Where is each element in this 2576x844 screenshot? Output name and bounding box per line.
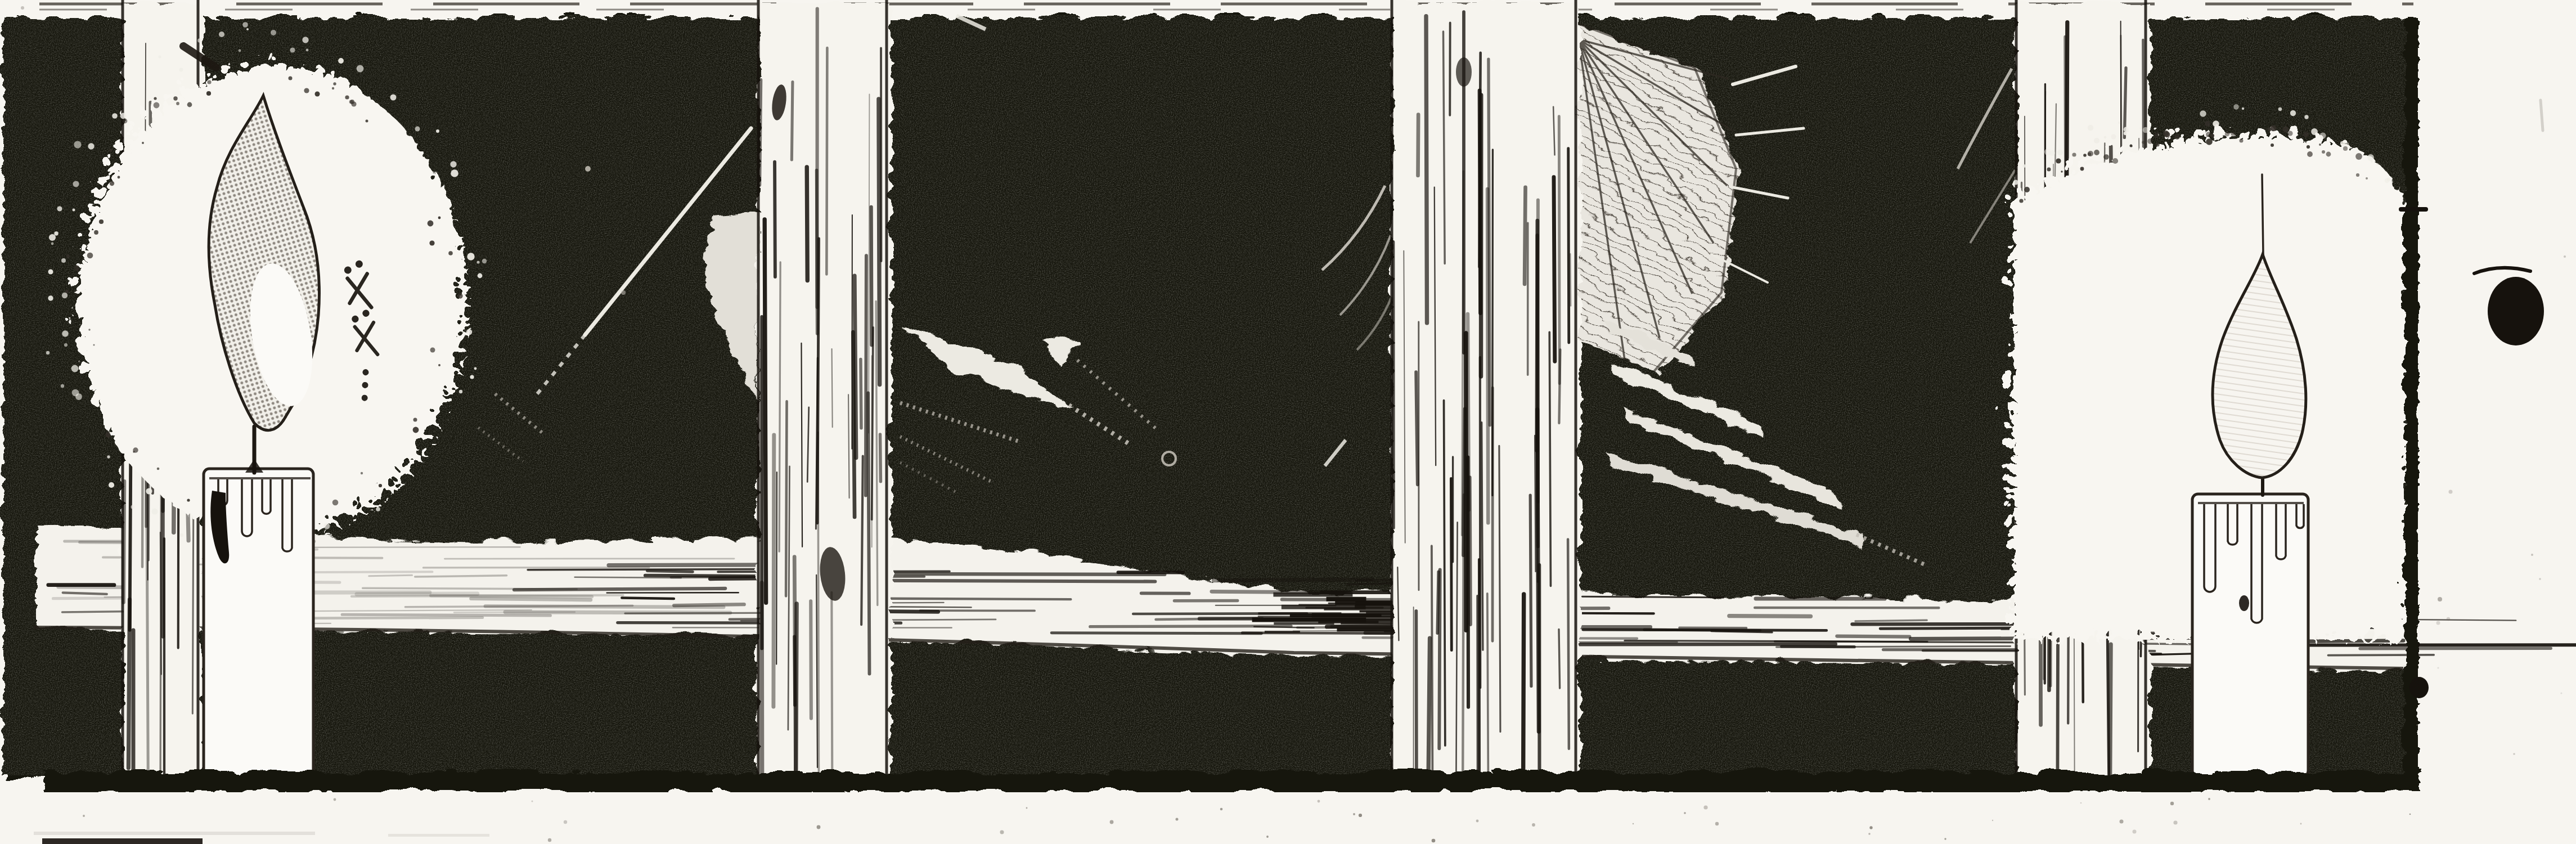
stipple-dot bbox=[2103, 154, 2109, 160]
stipple-dot bbox=[99, 219, 104, 224]
stipple-dot bbox=[2311, 128, 2318, 135]
speck bbox=[1532, 823, 1535, 827]
stipple-dot bbox=[73, 209, 75, 212]
rail-streak bbox=[1729, 616, 1811, 617]
stipple-dot bbox=[109, 482, 114, 488]
stipple-dot bbox=[75, 393, 82, 400]
speck bbox=[2539, 578, 2541, 580]
stipple-dot bbox=[2211, 134, 2214, 137]
stipple-dot bbox=[351, 101, 356, 106]
stipple-dot bbox=[123, 119, 128, 124]
wood-streak bbox=[1549, 332, 1550, 586]
speck bbox=[2560, 692, 2562, 694]
wood-streak bbox=[2107, 631, 2109, 780]
speck bbox=[1869, 826, 1872, 829]
rail-streak bbox=[454, 612, 575, 613]
stipple-dot bbox=[2283, 127, 2289, 133]
speck bbox=[1868, 833, 1871, 835]
wood-streak bbox=[1482, 423, 1483, 650]
stipple-dot bbox=[2022, 164, 2026, 168]
stipple-dot bbox=[2205, 121, 2210, 127]
stipple-dot bbox=[2094, 138, 2100, 143]
stipple-dot bbox=[120, 113, 127, 119]
stipple-dot bbox=[2056, 158, 2061, 163]
speck bbox=[1176, 818, 1179, 821]
stipple-dot bbox=[2376, 163, 2379, 165]
rail-streak bbox=[369, 575, 412, 576]
stipple-dot bbox=[154, 97, 156, 100]
rail-streak bbox=[1776, 647, 2010, 647]
stipple-dot bbox=[315, 92, 320, 97]
stipple-dot bbox=[219, 32, 224, 37]
stipple-dot bbox=[197, 38, 202, 43]
stipple-dot bbox=[2024, 187, 2030, 192]
stipple-dot bbox=[466, 329, 473, 335]
speck bbox=[1684, 812, 1686, 814]
stipple-dot bbox=[2206, 138, 2213, 145]
wood-streak bbox=[2110, 644, 2111, 780]
stipple-dot bbox=[48, 270, 53, 275]
rail-streak bbox=[2360, 648, 2551, 649]
wood-streak bbox=[861, 456, 863, 625]
stipple-dot bbox=[2142, 141, 2145, 144]
wood-streak bbox=[1428, 638, 1430, 780]
stipple-dot bbox=[332, 87, 334, 89]
stipple-dot bbox=[338, 58, 344, 64]
stipple-dot bbox=[2118, 122, 2120, 124]
stipple-dot bbox=[366, 120, 368, 123]
speck bbox=[532, 801, 533, 802]
stipple-dot bbox=[157, 468, 160, 470]
wood-streak bbox=[1559, 630, 1560, 689]
wood-streak bbox=[1437, 572, 1438, 633]
stipple-dot bbox=[91, 178, 93, 179]
speck bbox=[2513, 753, 2515, 755]
stipple-dot bbox=[88, 329, 90, 330]
rail-streak bbox=[352, 595, 623, 596]
stipple-dot bbox=[93, 344, 95, 346]
speck bbox=[1476, 820, 1479, 823]
speck bbox=[2170, 802, 2174, 805]
wood-streak bbox=[160, 459, 161, 780]
speck bbox=[83, 815, 85, 817]
rail-streak bbox=[1214, 580, 1372, 581]
stipple-dot bbox=[476, 261, 479, 263]
stipple-dot bbox=[436, 129, 439, 133]
rail-streak bbox=[852, 581, 1155, 582]
stipple-dot bbox=[49, 234, 56, 241]
rail-streak bbox=[63, 592, 107, 594]
rail-streak bbox=[647, 571, 693, 572]
stipple-dot bbox=[2322, 150, 2325, 154]
stipple-dot bbox=[2225, 132, 2230, 137]
stipple-dot bbox=[2319, 132, 2326, 138]
speck bbox=[1715, 822, 1719, 825]
stipple-dot bbox=[109, 149, 113, 152]
speck bbox=[2208, 798, 2210, 800]
wood-streak bbox=[1570, 254, 1571, 306]
rail-streak bbox=[1625, 641, 1927, 642]
stipple-dot bbox=[173, 96, 177, 100]
stipple-dot bbox=[2242, 107, 2244, 110]
rail-streak bbox=[1544, 644, 1836, 645]
stipple-dot bbox=[2307, 151, 2313, 157]
rail-streak bbox=[1644, 630, 1760, 630]
speck bbox=[2449, 490, 2453, 494]
stipple-dot bbox=[142, 142, 144, 144]
wood-streak bbox=[774, 435, 774, 707]
stipple-dot bbox=[2155, 142, 2159, 146]
stipple-dot bbox=[459, 390, 462, 393]
wood-streak bbox=[1463, 495, 1464, 780]
stipple-dot bbox=[271, 30, 276, 35]
stipple-dot bbox=[474, 367, 477, 370]
wood-streak bbox=[1444, 401, 1445, 746]
stipple-dot bbox=[2013, 179, 2018, 185]
speck bbox=[2133, 830, 2137, 834]
stipple-dot bbox=[304, 88, 309, 93]
rail-streak bbox=[514, 589, 725, 590]
speck bbox=[1944, 838, 1946, 839]
speck bbox=[548, 838, 551, 842]
stipple-dot bbox=[94, 230, 98, 235]
rail-streak bbox=[1156, 618, 1262, 619]
stipple-dot bbox=[246, 28, 249, 30]
stipple-dot bbox=[2164, 132, 2170, 138]
stipple-dot bbox=[2233, 104, 2239, 110]
bottom-left-fragment bbox=[42, 838, 203, 844]
stipple-dot bbox=[2278, 107, 2282, 111]
stipple-dot bbox=[357, 65, 364, 73]
panel-artwork bbox=[0, 0, 2576, 844]
stipple-dot bbox=[2287, 131, 2292, 136]
stipple-dot bbox=[146, 488, 152, 494]
speck bbox=[2436, 621, 2440, 625]
stipple-dot bbox=[105, 432, 110, 437]
stipple-dot bbox=[2366, 177, 2368, 179]
wood-streak bbox=[855, 276, 856, 458]
wood-streak bbox=[807, 167, 807, 281]
speck bbox=[1266, 836, 1269, 838]
speck bbox=[1026, 807, 1028, 809]
stipple-dot bbox=[2356, 173, 2359, 177]
stipple-dot bbox=[2044, 149, 2051, 155]
wood-streak bbox=[1426, 16, 1427, 323]
rail-streak bbox=[622, 598, 674, 599]
wood-streak bbox=[868, 393, 869, 674]
stipple-dot bbox=[451, 169, 458, 177]
bottom-smear bbox=[34, 832, 315, 835]
wood-streak bbox=[762, 583, 762, 780]
stipple-dot bbox=[110, 181, 114, 186]
rail-streak bbox=[1582, 596, 1723, 598]
wood-streak bbox=[1492, 150, 1493, 495]
stipple-dot bbox=[306, 49, 309, 52]
speck bbox=[1992, 820, 1993, 821]
stipple-dot bbox=[2057, 150, 2063, 155]
stipple-dot bbox=[66, 254, 70, 258]
stipple-dot bbox=[413, 427, 419, 433]
stipple-dot bbox=[2304, 115, 2308, 119]
stipple-dot bbox=[2047, 168, 2051, 172]
speck bbox=[1633, 823, 1634, 824]
stipple-dot bbox=[2213, 120, 2219, 127]
speck bbox=[2120, 820, 2124, 824]
wood-streak bbox=[869, 95, 869, 433]
wood-streak bbox=[831, 592, 832, 780]
stipple-dot bbox=[107, 455, 110, 458]
rail-streak bbox=[1855, 620, 1927, 621]
stipple-dot bbox=[2367, 154, 2374, 161]
rail-streak bbox=[1837, 636, 1909, 637]
wood-streak bbox=[1530, 495, 1531, 686]
stipple-dot bbox=[2154, 132, 2160, 138]
wood-streak bbox=[832, 349, 833, 427]
rail-streak bbox=[1051, 633, 1261, 634]
manga-page bbox=[0, 0, 2576, 844]
wood-streak bbox=[124, 481, 124, 602]
wood-streak bbox=[1523, 594, 1524, 780]
speck bbox=[1703, 805, 1707, 809]
stipple-dot bbox=[46, 351, 50, 354]
stipple-dot bbox=[470, 375, 474, 379]
stipple-dot bbox=[112, 113, 118, 119]
stipple-dot bbox=[302, 37, 308, 43]
stipple-dot bbox=[2127, 130, 2129, 132]
stipple-dot bbox=[2083, 154, 2087, 157]
stipple-dot bbox=[2019, 199, 2023, 203]
speck bbox=[1432, 839, 1436, 843]
stipple-dot bbox=[2147, 138, 2153, 144]
stipple-dot bbox=[361, 472, 363, 474]
stipple-dot bbox=[73, 181, 79, 187]
stipple-dot bbox=[65, 290, 69, 293]
wood-streak bbox=[2057, 631, 2058, 780]
speck bbox=[1318, 800, 1320, 803]
wood-streak bbox=[1416, 611, 1417, 780]
stipple-dot bbox=[345, 95, 349, 99]
speck bbox=[2409, 814, 2411, 815]
wood-streak bbox=[1451, 478, 1451, 650]
speck bbox=[1000, 830, 1004, 834]
speck bbox=[2447, 617, 2450, 621]
wood-streak bbox=[866, 255, 866, 495]
stipple-dot bbox=[415, 127, 420, 132]
stipple-dot bbox=[88, 143, 94, 149]
stipple-dot bbox=[133, 447, 138, 452]
dark-wax-spot bbox=[2239, 595, 2249, 611]
rail-streak bbox=[342, 614, 550, 616]
stipple-dot bbox=[2080, 167, 2084, 171]
bottom-smear bbox=[388, 834, 489, 837]
wood-streak bbox=[765, 219, 766, 603]
rail-streak bbox=[1572, 613, 1653, 614]
stipple-dot bbox=[2343, 146, 2348, 151]
stipple-dot bbox=[2385, 178, 2389, 183]
stipple-dot bbox=[2319, 143, 2321, 146]
stipple-dot bbox=[179, 68, 183, 72]
stipple-dot bbox=[376, 507, 380, 511]
speck bbox=[1353, 813, 1355, 815]
stipple-dot bbox=[180, 533, 184, 537]
stipple-dot bbox=[448, 251, 453, 255]
speck bbox=[334, 798, 336, 801]
speck bbox=[1110, 820, 1114, 824]
stipple-dot bbox=[62, 293, 68, 298]
stipple-dot bbox=[289, 77, 293, 80]
stipple-dot bbox=[2088, 152, 2091, 156]
stipple-dot bbox=[2307, 145, 2310, 149]
stipple-dot bbox=[2104, 136, 2107, 139]
stipple-dot bbox=[478, 273, 483, 279]
speck bbox=[817, 825, 821, 829]
stipple-dot bbox=[333, 82, 336, 85]
stipple-dot bbox=[438, 364, 440, 366]
stipple-dot bbox=[390, 95, 397, 101]
stipple-dot bbox=[2206, 132, 2211, 137]
stipple-dot bbox=[2290, 110, 2296, 116]
wood-streak bbox=[1432, 546, 1433, 780]
speck bbox=[1220, 808, 1223, 811]
stipple-dot bbox=[2340, 141, 2345, 146]
stipple-dot bbox=[187, 102, 192, 107]
wood-streak bbox=[759, 80, 761, 185]
wood-streak bbox=[1537, 410, 1539, 732]
stipple-dot bbox=[2139, 127, 2141, 129]
stipple-dot bbox=[2130, 145, 2133, 147]
speck bbox=[2300, 823, 2302, 825]
stipple-dot bbox=[61, 258, 66, 263]
stipple-dot bbox=[430, 348, 435, 353]
stipple-dot bbox=[83, 196, 86, 198]
stipple-dot bbox=[2112, 158, 2118, 164]
speck bbox=[2531, 554, 2533, 556]
rail-streak bbox=[1347, 583, 1392, 585]
stipple-dot bbox=[118, 176, 120, 179]
stipple-dot bbox=[87, 253, 93, 259]
speck bbox=[2173, 820, 2177, 824]
wood-streak bbox=[826, 48, 827, 274]
stipple-dot bbox=[457, 293, 462, 298]
wood-streak bbox=[871, 207, 872, 345]
stipple-dot bbox=[2303, 132, 2309, 137]
wood-streak bbox=[786, 401, 786, 596]
wood-streak bbox=[1554, 177, 1555, 362]
stipple-dot bbox=[2143, 127, 2149, 133]
wood-streak bbox=[776, 472, 777, 664]
stipple-dot bbox=[2240, 139, 2244, 143]
stipple-dot bbox=[187, 499, 190, 501]
speck bbox=[2080, 802, 2082, 804]
speck bbox=[2564, 255, 2566, 258]
stipple-dot bbox=[62, 330, 69, 337]
stipple-dot bbox=[482, 259, 487, 263]
wood-streak bbox=[1418, 115, 1418, 176]
wood-streak bbox=[811, 601, 811, 718]
wood-streak bbox=[1480, 91, 1480, 313]
stipple-dot bbox=[2271, 143, 2274, 147]
post-3 bbox=[1390, 0, 1578, 782]
wood-streak bbox=[879, 99, 880, 385]
margin-ink-blob bbox=[2488, 277, 2544, 345]
stipple-dot bbox=[2061, 170, 2062, 172]
stipple-dot bbox=[2200, 110, 2206, 117]
wood-streak bbox=[1568, 540, 1569, 749]
rail-streak bbox=[485, 606, 723, 607]
stipple-dot bbox=[51, 243, 54, 245]
wood-streak bbox=[872, 327, 873, 520]
wood-streak bbox=[796, 604, 797, 780]
wood-streak bbox=[880, 434, 880, 482]
stipple-dot bbox=[429, 240, 434, 245]
stipple-dot bbox=[64, 343, 68, 347]
stipple-dot bbox=[152, 509, 158, 515]
speck bbox=[1359, 814, 1362, 817]
stipple-dot bbox=[2088, 125, 2093, 131]
wood-streak bbox=[1487, 189, 1488, 523]
stipple-dot bbox=[61, 384, 64, 388]
stipple-dot bbox=[332, 500, 339, 506]
stipple-dot bbox=[76, 268, 79, 271]
wood-streak bbox=[779, 262, 780, 551]
stipple-dot bbox=[467, 253, 474, 260]
stipple-dot bbox=[159, 56, 161, 59]
stipple-dot bbox=[450, 161, 456, 167]
stipple-dot bbox=[2174, 134, 2180, 140]
speck bbox=[2437, 667, 2439, 668]
rail-streak bbox=[415, 576, 507, 577]
stipple-dot bbox=[2355, 153, 2362, 160]
border-bump bbox=[2409, 677, 2429, 698]
stipple-dot bbox=[438, 217, 441, 219]
wood-streak bbox=[1535, 436, 1535, 572]
rail-streak bbox=[575, 577, 681, 578]
wick-smoke-line bbox=[2262, 174, 2263, 254]
wood-streak bbox=[775, 162, 775, 277]
stipple-dot bbox=[207, 80, 211, 84]
wood-streak bbox=[128, 599, 129, 768]
wood-streak bbox=[792, 82, 793, 159]
stipple-dot bbox=[48, 295, 53, 300]
wood-streak bbox=[1499, 446, 1500, 731]
wood-streak bbox=[1559, 116, 1559, 384]
speck bbox=[564, 820, 567, 824]
wood-streak bbox=[861, 360, 861, 428]
stipple-dot bbox=[2124, 132, 2127, 135]
wood-streak bbox=[1525, 187, 1525, 284]
stipple-dot bbox=[413, 418, 417, 422]
stipple-dot bbox=[57, 206, 62, 211]
stipple-dot bbox=[239, 50, 241, 52]
stipple-dot bbox=[206, 91, 211, 96]
stipple-dot bbox=[176, 102, 179, 105]
stipple-dot bbox=[2326, 152, 2331, 157]
stipple-dot bbox=[131, 505, 135, 509]
rail-streak bbox=[2328, 655, 2434, 656]
stipple-dot bbox=[324, 523, 330, 529]
stipple-dot bbox=[2111, 134, 2116, 140]
rail-streak bbox=[471, 599, 591, 600]
stipple-dot bbox=[242, 22, 248, 28]
rail-streak bbox=[1711, 631, 1772, 632]
stipple-dot bbox=[290, 47, 295, 52]
bottom-border bbox=[39, 770, 2416, 790]
stipple-dot bbox=[2094, 150, 2100, 155]
stipple-dot bbox=[74, 141, 81, 148]
wood-streak bbox=[1568, 149, 1569, 343]
wood-streak bbox=[1416, 372, 1418, 484]
stipple-dot bbox=[2231, 132, 2235, 136]
